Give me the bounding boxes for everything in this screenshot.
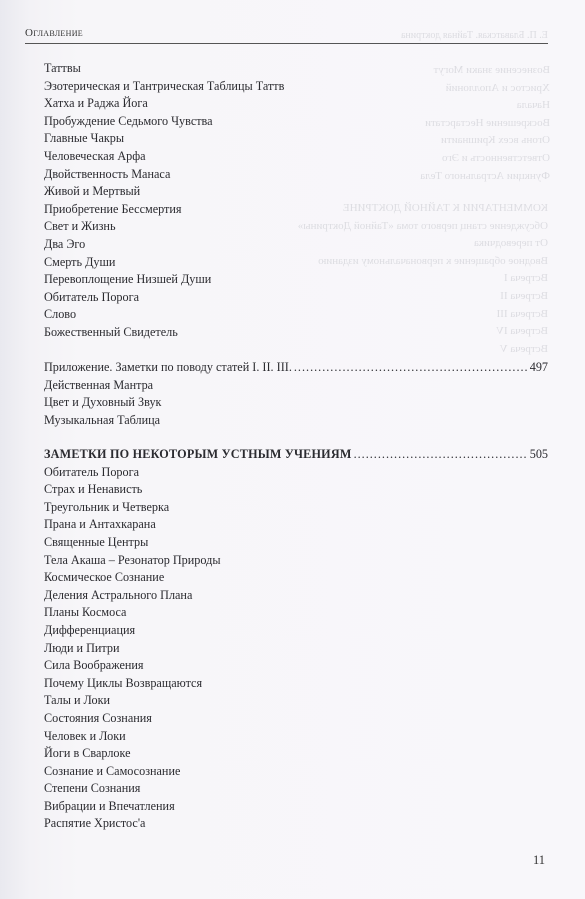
entry-page: 497 (530, 359, 548, 377)
toc-entry[interactable]: Степени Сознания (44, 780, 548, 798)
toc-entry[interactable]: Планы Космоса (44, 604, 548, 622)
section-page: 505 (530, 446, 548, 464)
toc-entry[interactable]: Цвет и Духовный Звук (44, 394, 548, 412)
toc-entry[interactable]: Двойственность Манаса (44, 166, 548, 184)
toc-entry[interactable]: Хатха и Раджа Йога (44, 95, 548, 113)
toc-entry[interactable]: Главные Чакры (44, 130, 548, 148)
toc-entry[interactable]: Смерть Души (44, 254, 548, 272)
toc-entry[interactable]: Обитатель Порога (44, 289, 548, 307)
toc-entry[interactable]: Сила Воображения (44, 657, 548, 675)
toc-entry[interactable]: Живой и Мертвый (44, 183, 548, 201)
toc-entry[interactable]: Треугольник и Четверка (44, 499, 548, 517)
toc-entry[interactable]: Состояния Сознания (44, 710, 548, 728)
toc-entry[interactable]: Страх и Ненависть (44, 481, 548, 499)
toc-entry[interactable]: Прана и Антахкарана (44, 516, 548, 534)
toc-entry[interactable]: Сознание и Самосознание (44, 763, 548, 781)
running-head: Оглавление (25, 27, 83, 39)
toc-entry[interactable]: Человеческая Арфа (44, 148, 548, 166)
toc-entry[interactable]: Действенная Мантра (44, 377, 548, 395)
toc-group-1: ТаттвыЭзотерическая и Тантрическая Табли… (44, 60, 548, 342)
toc-entry[interactable]: Свет и Жизнь (44, 218, 548, 236)
toc-entry-appendix[interactable]: Приложение. Заметки по поводу статей I. … (44, 359, 548, 377)
toc-group-2: Приложение. Заметки по поводу статей I. … (44, 359, 548, 429)
toc-entry[interactable]: Таттвы (44, 60, 548, 78)
toc-entry[interactable]: Божественный Свидетель (44, 324, 548, 342)
book-page: Е. П. Блаватская. Тайная доктрина Вознес… (0, 0, 585, 899)
toc-entry[interactable]: Дифференциация (44, 622, 548, 640)
header-rule (25, 43, 548, 44)
dot-leader: ........................................… (294, 359, 528, 377)
toc-entry[interactable]: Приобретение Бессмертия (44, 201, 548, 219)
page-number: 11 (533, 853, 545, 868)
toc-entry[interactable]: Обитатель Порога (44, 464, 548, 482)
toc-entry[interactable]: Слово (44, 306, 548, 324)
toc-entry[interactable]: Вибрации и Впечатления (44, 798, 548, 816)
bleed-through-header: Е. П. Блаватская. Тайная доктрина (401, 30, 548, 41)
section-title: ЗАМЕТКИ ПО НЕКОТОРЫМ УСТНЫМ УЧЕНИЯМ (44, 446, 352, 464)
toc-entry[interactable]: Почему Циклы Возвращаются (44, 675, 548, 693)
toc-entry[interactable]: Священные Центры (44, 534, 548, 552)
toc-entry[interactable]: Эзотерическая и Тантрическая Таблицы Тат… (44, 78, 548, 96)
entry-title: Приложение. Заметки по поводу статей I. … (44, 359, 292, 377)
toc-entry[interactable]: Космическое Сознание (44, 569, 548, 587)
toc-entry[interactable]: Человек и Локи (44, 728, 548, 746)
toc-entry[interactable]: Распятие Христос'а (44, 815, 548, 833)
dot-leader: ........................................… (354, 446, 528, 464)
toc-entry[interactable]: Деления Астрального Плана (44, 587, 548, 605)
toc-entry[interactable]: Тела Акаша – Резонатор Природы (44, 552, 548, 570)
toc-section-heading[interactable]: ЗАМЕТКИ ПО НЕКОТОРЫМ УСТНЫМ УЧЕНИЯМ ....… (44, 446, 548, 464)
toc-group-3: ЗАМЕТКИ ПО НЕКОТОРЫМ УСТНЫМ УЧЕНИЯМ ....… (44, 446, 548, 833)
bleed-through-line: Встреча V (298, 341, 548, 359)
toc-entry[interactable]: Йоги в Сварлоке (44, 745, 548, 763)
toc-entry[interactable]: Талы и Локи (44, 692, 548, 710)
toc-entry[interactable]: Два Эго (44, 236, 548, 254)
toc-entry[interactable]: Пробуждение Седьмого Чувства (44, 113, 548, 131)
toc-entry[interactable]: Люди и Питри (44, 640, 548, 658)
toc-entry[interactable]: Перевоплощение Низшей Души (44, 271, 548, 289)
toc-entry[interactable]: Музыкальная Таблица (44, 412, 548, 430)
